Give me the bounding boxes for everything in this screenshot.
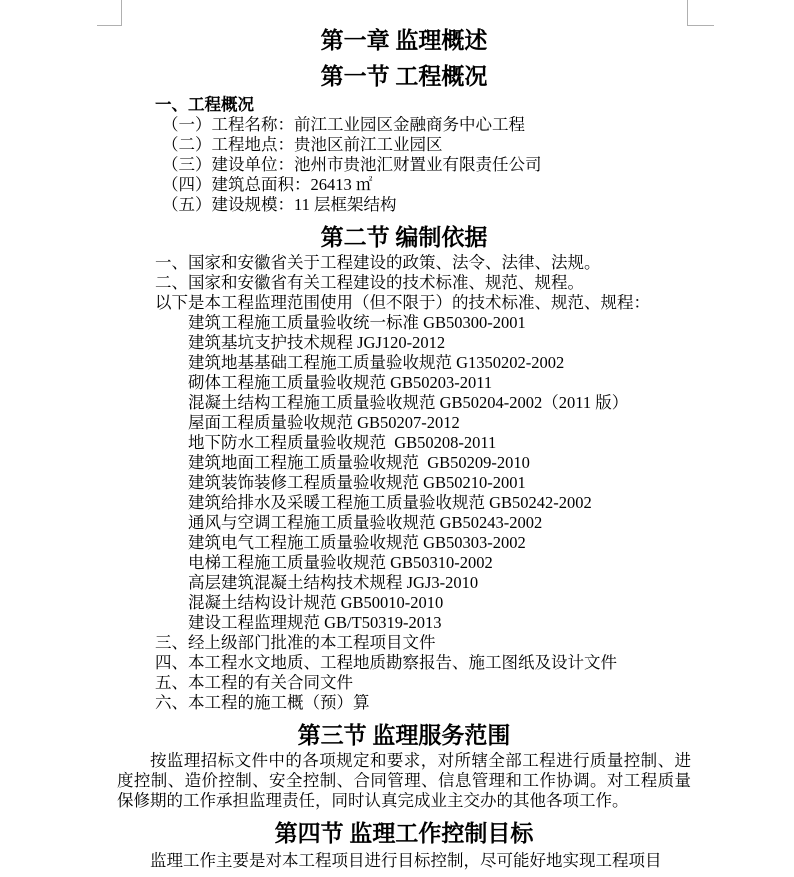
project-area-line: （四）建筑总面积：26413 ㎡ [162, 175, 687, 195]
basis-item: 五、本工程的有关合同文件 [155, 673, 687, 693]
project-owner-line: （三）建设单位：池州市贵池汇财置业有限责任公司 [162, 155, 687, 175]
section4-title: 第四节 监理工作控制目标 [121, 819, 687, 849]
section1-heading: 一、工程概况 [155, 95, 687, 115]
standard-item: 混凝土结构工程施工质量验收规范 GB50204-2002（2011 版） [188, 393, 687, 413]
standard-item: 通风与空调工程施工质量验收规范 GB50243-2002 [188, 513, 687, 533]
project-name-line: （一）工程名称：前江工业园区金融商务中心工程 [162, 115, 687, 135]
standard-item: 高层建筑混凝土结构技术规程 JGJ3-2010 [188, 573, 687, 593]
standard-item: 建设工程监理规范 GB/T50319-2013 [188, 613, 687, 633]
text-boundary-mark-top-left-icon [97, 0, 122, 26]
basis-item: 六、本工程的施工概（预）算 [155, 693, 687, 713]
project-scale-line: （五）建设规模：11 层框架结构 [162, 195, 687, 215]
standard-item: 砌体工程施工质量验收规范 GB50203-2011 [188, 373, 687, 393]
standard-item: 建筑基坑支护技术规程 JGJ120-2012 [188, 333, 687, 353]
section1-title: 第一节 工程概况 [121, 62, 687, 92]
control-target-paragraph: 监理工作主要是对本工程项目进行目标控制，尽可能好地实现工程项目 [117, 851, 691, 871]
section2-title: 第二节 编制依据 [121, 223, 687, 253]
chapter-title: 第一章 监理概述 [121, 26, 687, 56]
standard-item: 建筑给排水及采暖工程施工质量验收规范 GB50242-2002 [188, 493, 687, 513]
standard-item: 屋面工程质量验收规范 GB50207-2012 [188, 413, 687, 433]
service-scope-paragraph: 按监理招标文件中的各项规定和要求，对所辖全部工程进行质量控制、进度控制、造价控制… [117, 751, 691, 811]
standard-item: 建筑地面工程施工质量验收规范 GB50209-2010 [188, 453, 687, 473]
standard-item: 建筑电气工程施工质量验收规范 GB50303-2002 [188, 533, 687, 553]
basis-item: 三、经上级部门批准的本工程项目文件 [155, 633, 687, 653]
text-boundary-mark-top-right-icon [687, 0, 714, 26]
standard-item: 地下防水工程质量验收规范 GB50208-2011 [188, 433, 687, 453]
standard-item: 建筑装饰装修工程质量验收规范 GB50210-2001 [188, 473, 687, 493]
standard-item: 建筑地基基础工程施工质量验收规范 G1350202-2002 [188, 353, 687, 373]
document-page: 第一章 监理概述 第一节 工程概况 一、工程概况 （一）工程名称：前江工业园区金… [0, 0, 794, 877]
basis-item: 二、国家和安徽省有关工程建设的技术标准、规范、规程。 [155, 273, 687, 293]
standard-item: 建筑工程施工质量验收统一标准 GB50300-2001 [188, 313, 687, 333]
section3-title: 第三节 监理服务范围 [121, 721, 687, 751]
basis-item: 四、本工程水文地质、工程地质勘察报告、施工图纸及设计文件 [155, 653, 687, 673]
basis-item: 以下是本工程监理范围使用（但不限于）的技术标准、规范、规程： [155, 293, 687, 313]
project-location-line: （二）工程地点：贵池区前江工业园区 [162, 135, 687, 155]
basis-item: 一、国家和安徽省关于工程建设的政策、法令、法律、法规。 [155, 253, 687, 273]
standard-item: 电梯工程施工质量验收规范 GB50310-2002 [188, 553, 687, 573]
document-body: 第一章 监理概述 第一节 工程概况 一、工程概况 （一）工程名称：前江工业园区金… [0, 0, 794, 871]
standard-item: 混凝土结构设计规范 GB50010-2010 [188, 593, 687, 613]
